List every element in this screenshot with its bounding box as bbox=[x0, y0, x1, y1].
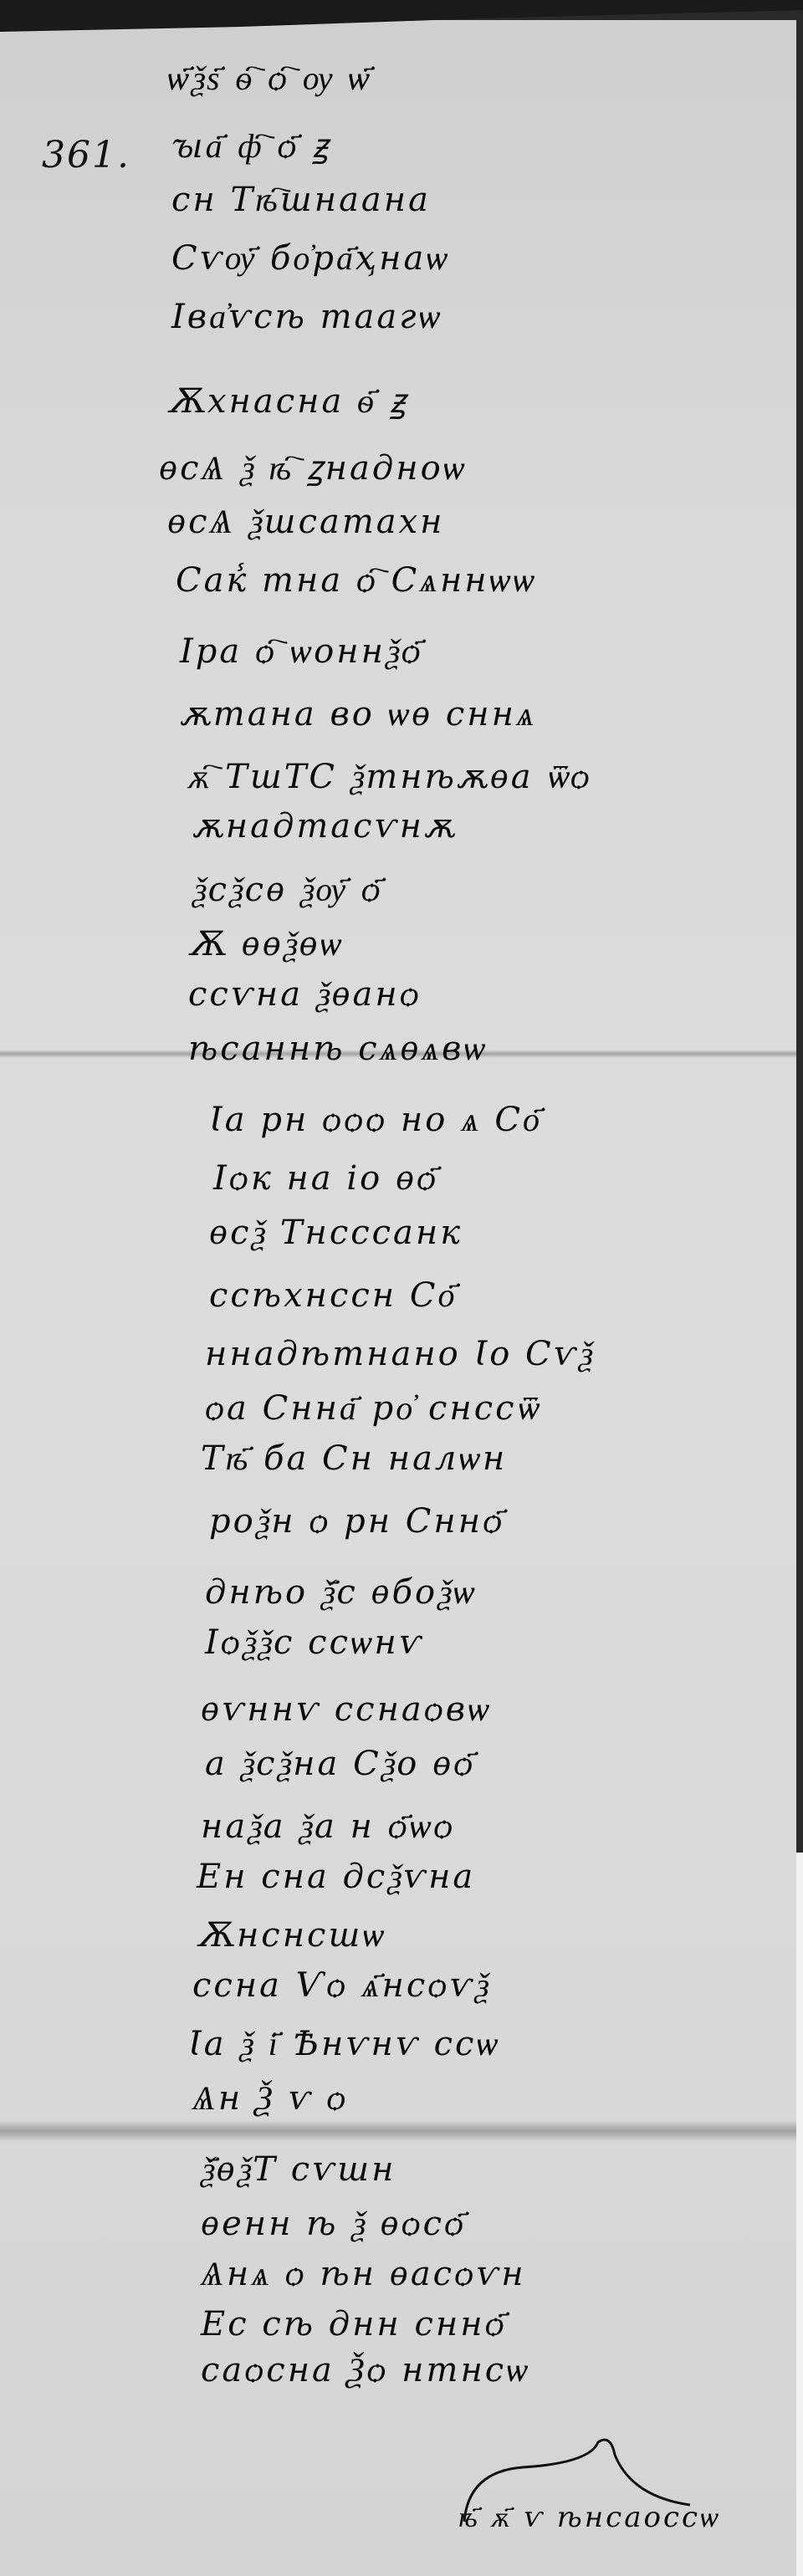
manuscript-line: Іва҆ѵсѣ таагѡ bbox=[171, 297, 442, 336]
manuscript-line: ѳѵннѵ сснаѻвѡ bbox=[201, 1689, 492, 1729]
manuscript-line: ннадѣтнано Ꙇо Сѵѯ bbox=[205, 1334, 594, 1373]
manuscript-line: роѯн ѻ рн Сннѻ҃ bbox=[209, 1501, 504, 1541]
folio-number: 361. bbox=[42, 134, 130, 176]
manuscript-line: Іѻѯѯс ссѡнѵ bbox=[205, 1623, 424, 1662]
manuscript-line: саѻсна Ѯѻ нтнсѡ bbox=[201, 2350, 530, 2389]
manuscript-line: Ѫ ѳѳѯѳѡ bbox=[188, 924, 344, 963]
signature: ѣ҃ ѫ҃ ѵ ѣнсаоссѡ bbox=[458, 2501, 721, 2534]
manuscript-line: Ѫнснсшѡ bbox=[197, 1915, 386, 1955]
manuscript-line: Ѧнѧ ѻ ѣн ѳасѻѵн bbox=[201, 2254, 526, 2293]
manuscript-line: днѣо ѯ҃с ѳбоѯѡ bbox=[205, 1572, 477, 1612]
manuscript-line: ѳсѦ ѯ ѣ҇ ꙁнадноѡ bbox=[159, 443, 467, 489]
manuscript-line: Сѵѹ҃ бо҆ра҃ҳнаѡ bbox=[171, 238, 450, 278]
manuscript-line: ѯсѯсѳ ѯѹ҃ ѻ҃ bbox=[192, 870, 383, 909]
paper-fold-line bbox=[0, 2120, 796, 2142]
manuscript-line: Ѫхнасна ѳ҃ ꙃ bbox=[167, 376, 408, 422]
manuscript-line: ссѣхнссн Со҃ bbox=[209, 1275, 457, 1315]
manuscript-line: ѯ҃ѳѯТ сѵшн bbox=[201, 2149, 396, 2189]
manuscript-line: ѫнадтасѵнѫ bbox=[192, 807, 458, 846]
manuscript-line: Іра ѻ҇ ѡоннѯѻ҃ bbox=[180, 631, 423, 671]
manuscript-line: Ꙇа рн ѻѻѻ но ѧ Со҃ bbox=[209, 1100, 542, 1139]
manuscript-line: ѫ҇ ТшТС ѯтнѣѫѳа ѿѻ bbox=[188, 757, 592, 796]
manuscript-line: ꙑа҃ ф҇ ѻ҃ ꙃ bbox=[171, 121, 330, 167]
manuscript-line: Іѻк на іо ѳѻ҃ bbox=[213, 1158, 438, 1198]
manuscript-line: ѳенн ѣ ѯ ѳѻсѻ҃ bbox=[201, 2204, 466, 2243]
manuscript-line: Тѣ҃ ба Сн налѡн bbox=[201, 1439, 507, 1478]
scan-right-edge bbox=[796, 1853, 803, 2576]
manuscript-line: ѻа Снна҃ ро҆ снссѿ bbox=[205, 1388, 540, 1428]
manuscript-line: Ес сѣ днн сннѻ҃ bbox=[201, 2304, 507, 2343]
manuscript-line: а ѯсѯна Сѯо ѳѻ҃ bbox=[205, 1744, 475, 1783]
manuscript-line: Ѧн Ѯ ѵ ѻ bbox=[192, 2078, 348, 2118]
manuscript-line: ѡ҃ѯѕ҃ ѳ҇ ѻ҇ ѹ ѡ҃ bbox=[167, 59, 372, 98]
manuscript-line: ѫтана во ѡѳ сннѧ bbox=[180, 694, 537, 733]
manuscript-line: Сак̾ тна ѻ҇ Сѧннѡѡ bbox=[176, 560, 537, 600]
manuscript-line: ссѵна ѯѳанѻ bbox=[188, 974, 422, 1014]
manuscript-line: Ꙇа ѯ і҃ Ѣнѵнѵ ссѡ bbox=[188, 2024, 500, 2063]
manuscript-line: ссна Ѵѻ ѧ҃нсѻѵѯ bbox=[192, 1965, 490, 2005]
manuscript-line: ѣсаннѣ сѧѳѧвѡ bbox=[188, 1029, 488, 1068]
manuscript-line: Ен сна дсѯѵна bbox=[197, 1857, 475, 1896]
manuscript-line: ѳсѯ Тнсссанк bbox=[209, 1213, 463, 1252]
manuscript-line: наѯа ѯа н ѻ҃ѡѻ bbox=[201, 1807, 455, 1846]
manuscript-line: сн Тѣ҇шнаана bbox=[171, 180, 431, 219]
manuscript-line: ѳсѦ ѯшсатахн bbox=[167, 502, 445, 541]
